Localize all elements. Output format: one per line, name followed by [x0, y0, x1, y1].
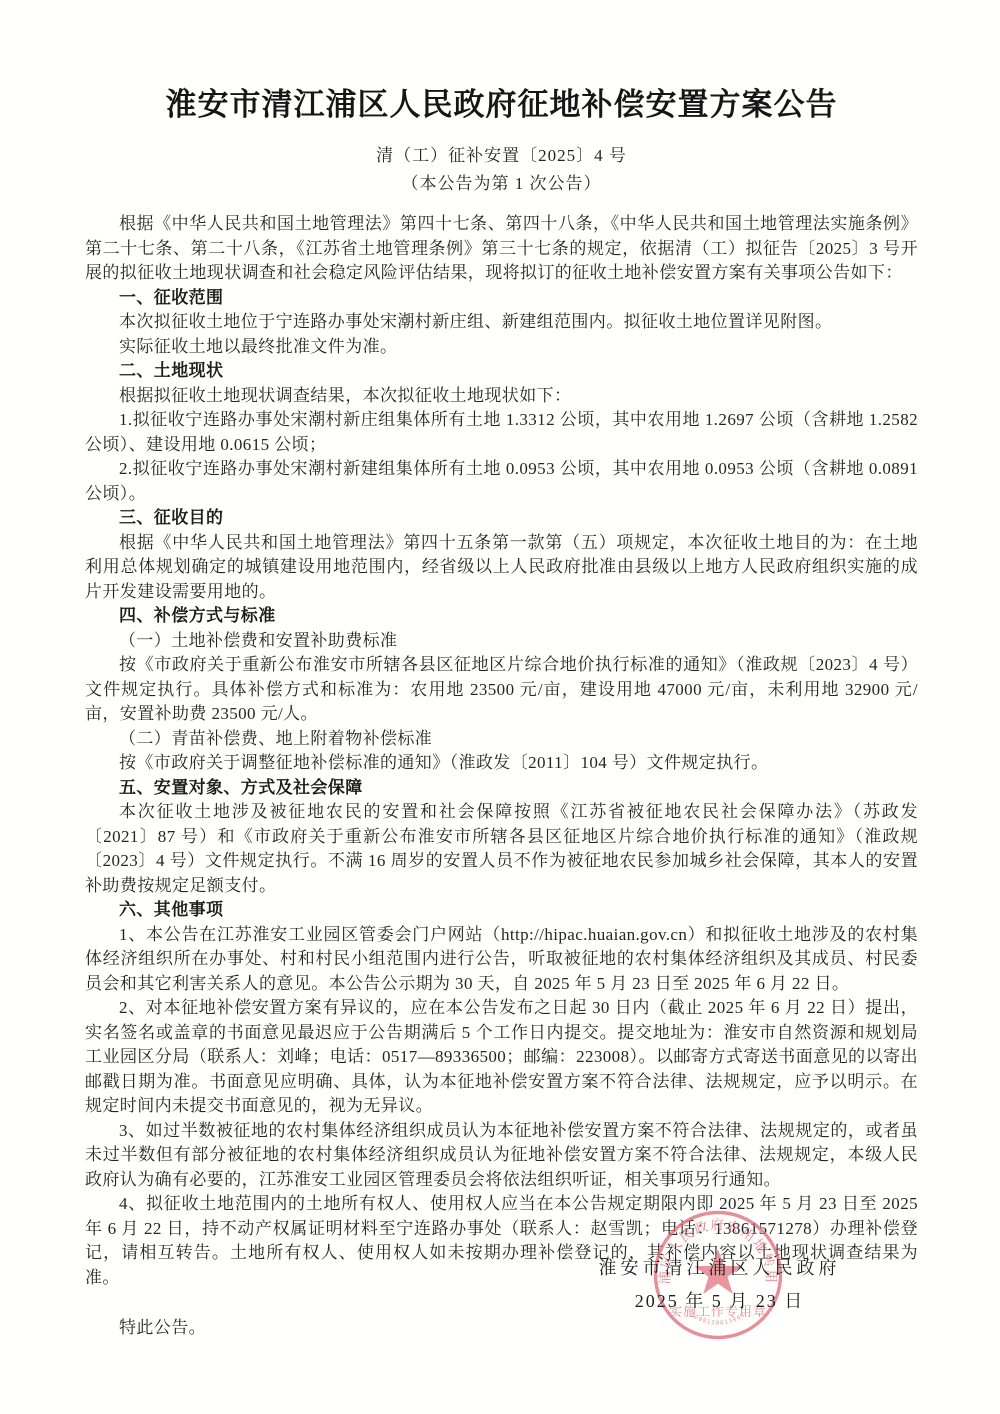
paragraph: 根据《中华人民共和国土地管理法》第四十五条第一款第（五）项规定，本次征收土地目的… — [85, 531, 918, 605]
paragraph: 按《市政府关于调整征地补偿标准的通知》（淮政发〔2011〕104 号）文件规定执… — [85, 751, 918, 776]
document-number: 清（工）征补安置〔2025〕4 号 — [85, 141, 918, 166]
section-heading-3: 三、征收目的 — [85, 506, 918, 531]
section-heading-5: 五、安置对象、方式及社会保障 — [85, 776, 918, 801]
paragraph: 1、本公告在江苏淮安工业园区管委会门户网站（http://hipac.huaia… — [85, 923, 918, 997]
closing-statement: 特此公告。 — [85, 1316, 918, 1341]
paragraph-intro: 根据《中华人民共和国土地管理法》第四十七条、第四十八条，《中华人民共和国土地管理… — [85, 212, 918, 286]
document-body: 根据《中华人民共和国土地管理法》第四十七条、第四十八条，《中华人民共和国土地管理… — [85, 212, 918, 1341]
section-heading-4: 四、补偿方式与标准 — [85, 604, 918, 629]
paragraph: 按《市政府关于重新公布淮安市所辖各县区征地区片综合地价执行标准的通知》（淮政规〔… — [85, 653, 918, 727]
signature-block: 淮安市清江浦区人民政府 2025 年 5 月 23 日 — [572, 1254, 867, 1313]
document-content: 淮安市清江浦区人民政府征地补偿安置方案公告 清（工）征补安置〔2025〕4 号 … — [85, 86, 918, 1341]
paragraph: （一）土地补偿费和安置补助费标准 — [85, 629, 918, 654]
paragraph: 1.拟征收宁连路办事处宋潮村新庄组集体所有土地 1.3312 公顷，其中农用地 … — [85, 408, 918, 457]
paragraph: 根据拟征收土地现状调查结果，本次拟征收土地现状如下： — [85, 384, 918, 409]
paragraph: 2、对本征地补偿安置方案有异议的，应在本公告发布之日起 30 日内（截止 202… — [85, 996, 918, 1119]
paragraph: 2.拟征收宁连路办事处宋潮村新建组集体所有土地 0.0953 公顷，其中农用地 … — [85, 457, 918, 506]
signature-issuer: 淮安市清江浦区人民政府 — [572, 1254, 867, 1280]
section-heading-2: 二、土地现状 — [85, 359, 918, 384]
paragraph: 3、如过半数被征地的农村集体经济组织成员认为本征地补偿安置方案不符合法律、法规规… — [85, 1119, 918, 1193]
paragraph: （二）青苗补偿费、地上附着物补偿标准 — [85, 727, 918, 752]
section-heading-1: 一、征收范围 — [85, 286, 918, 311]
page-title: 淮安市清江浦区人民政府征地补偿安置方案公告 — [85, 86, 918, 124]
announcement-page: 淮安市清江浦区人民政府征地补偿安置方案公告 清（工）征补安置〔2025〕4 号 … — [0, 0, 1000, 1414]
paragraph: 实际征收土地以最终批准文件为准。 — [85, 335, 918, 360]
section-heading-6: 六、其他事项 — [85, 898, 918, 923]
paragraph: 本次征收土地涉及被征地农民的安置和社会保障按照《江苏省被征地农民社会保障办法》（… — [85, 800, 918, 898]
notice-sequence: （本公告为第 1 次公告） — [85, 169, 918, 194]
paragraph: 本次拟征收土地位于宁连路办事处宋潮村新庄组、新建组范围内。拟征收土地位置详见附图… — [85, 310, 918, 335]
signature-date: 2025 年 5 月 23 日 — [572, 1287, 867, 1313]
